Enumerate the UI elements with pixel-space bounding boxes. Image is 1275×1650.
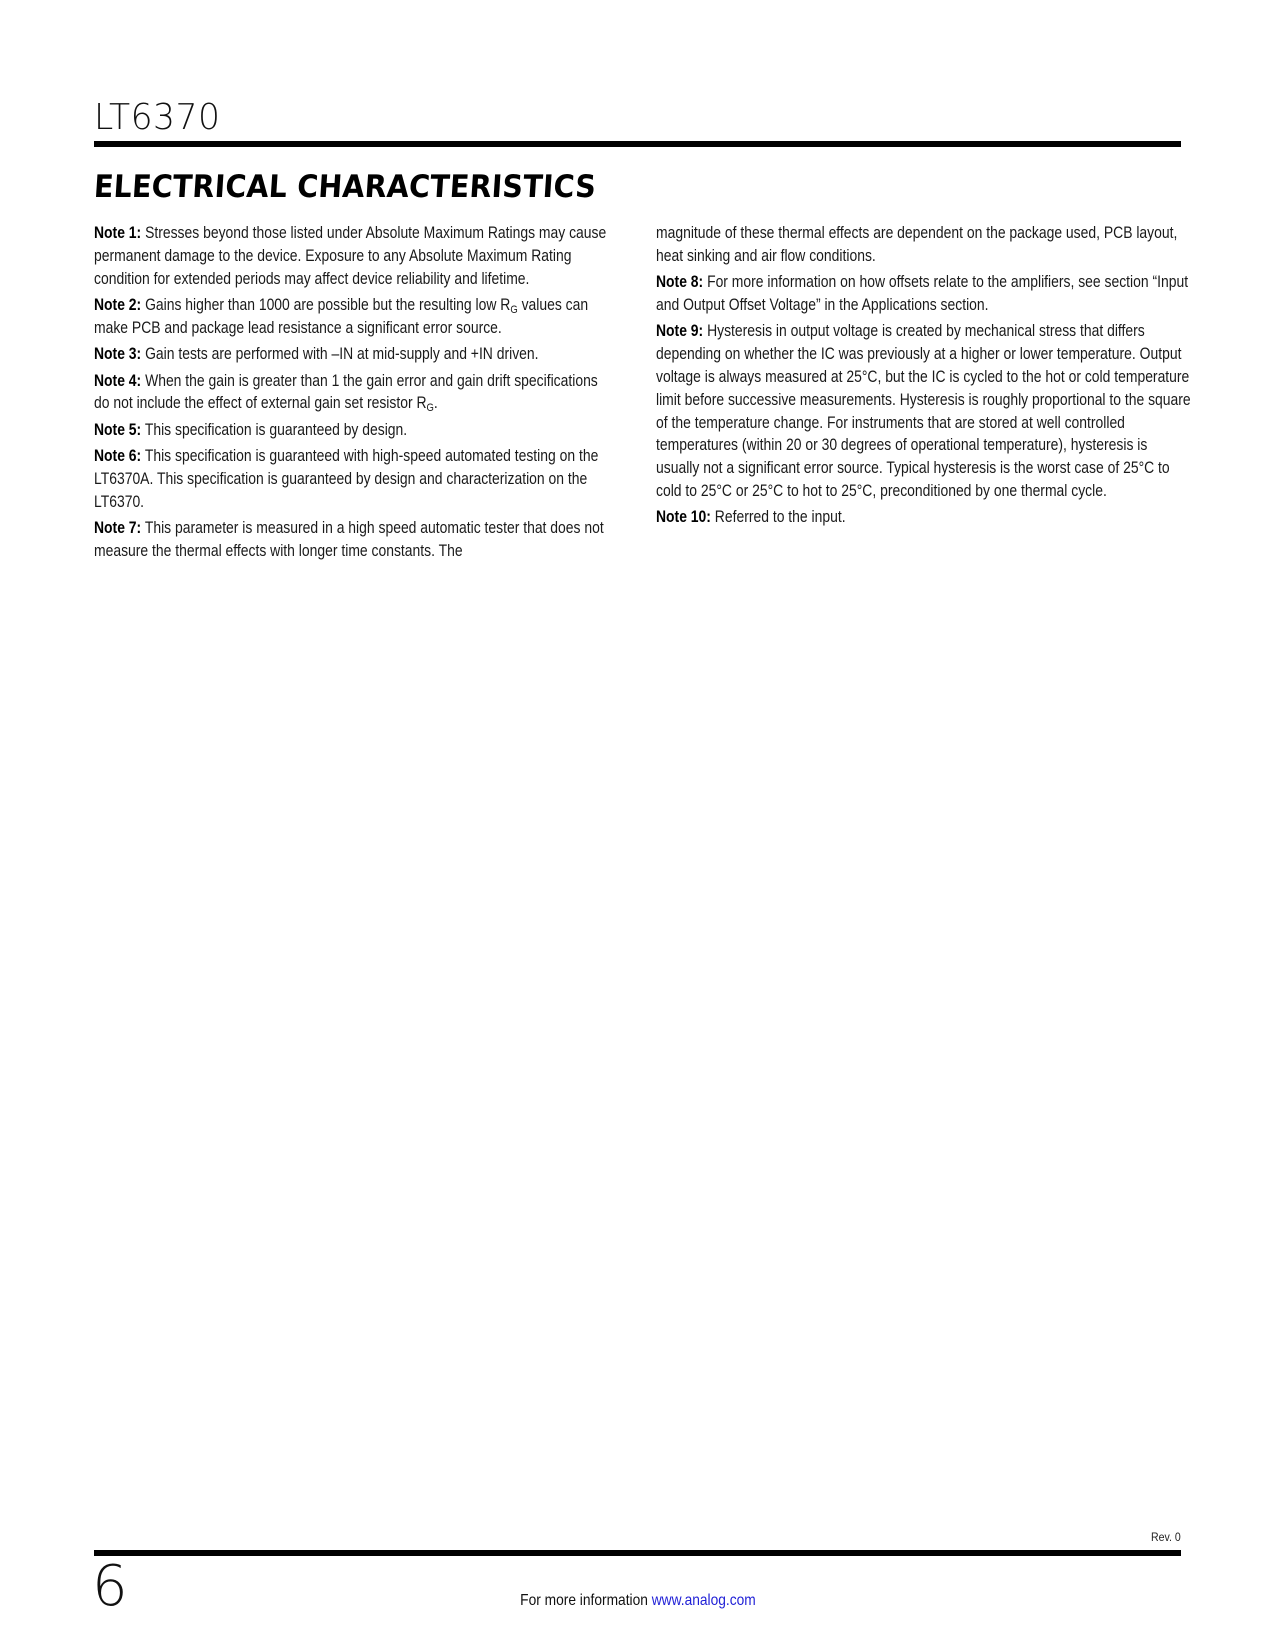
note-5: Note 5: This specification is guaranteed… bbox=[94, 419, 617, 442]
note-text: This specification is guaranteed with hi… bbox=[94, 447, 598, 511]
notes-column-left: Note 1: Stresses beyond those listed und… bbox=[94, 222, 609, 566]
note-7-continuation: magnitude of these thermal effects are d… bbox=[656, 222, 1194, 268]
note-text: Hysteresis in output voltage is created … bbox=[656, 322, 1191, 500]
note-label: Note 10: bbox=[656, 508, 711, 526]
note-text: This specification is guaranteed by desi… bbox=[145, 421, 407, 439]
revision-label: Rev. 0 bbox=[1151, 1530, 1181, 1544]
note-text: Gains higher than 1000 are possible but … bbox=[145, 296, 510, 314]
note-2: Note 2: Gains higher than 1000 are possi… bbox=[94, 294, 617, 340]
footer: For more information www.analog.com bbox=[0, 1592, 1275, 1610]
note-text: Referred to the input. bbox=[715, 508, 846, 526]
note-8: Note 8: For more information on how offs… bbox=[656, 271, 1194, 317]
note-10: Note 10: Referred to the input. bbox=[656, 506, 1194, 529]
note-7: Note 7: This parameter is measured in a … bbox=[94, 517, 617, 563]
note-label: Note 2: bbox=[94, 296, 141, 314]
note-label: Note 5: bbox=[94, 421, 141, 439]
note-text: Gain tests are performed with –IN at mid… bbox=[145, 345, 538, 363]
header-rule bbox=[94, 141, 1181, 147]
footer-inner: For more information www.analog.com bbox=[520, 1592, 756, 1610]
note-text: For more information on how offsets rela… bbox=[656, 273, 1188, 314]
note-label: Note 3: bbox=[94, 345, 141, 363]
footer-rule bbox=[94, 1550, 1181, 1556]
note-label: Note 7: bbox=[94, 519, 141, 537]
note-1: Note 1: Stresses beyond those listed und… bbox=[94, 222, 617, 290]
note-text: When the gain is greater than 1 the gain… bbox=[94, 372, 598, 413]
note-label: Note 6: bbox=[94, 447, 141, 465]
section-heading: ELECTRICAL CHARACTERISTICS bbox=[93, 168, 597, 206]
subscript: G bbox=[510, 304, 517, 316]
note-text: magnitude of these thermal effects are d… bbox=[656, 224, 1177, 265]
note-label: Note 4: bbox=[94, 372, 141, 390]
part-number-title: LT6370 bbox=[94, 96, 220, 140]
note-text: . bbox=[434, 394, 438, 412]
note-label: Note 9: bbox=[656, 322, 703, 340]
notes-column-right: magnitude of these thermal effects are d… bbox=[656, 222, 1186, 533]
note-3: Note 3: Gain tests are performed with –I… bbox=[94, 343, 617, 366]
footer-info-text: For more information bbox=[520, 1592, 652, 1609]
note-text: Stresses beyond those listed under Absol… bbox=[94, 224, 606, 288]
website-link[interactable]: www.analog.com bbox=[651, 1592, 755, 1609]
note-6: Note 6: This specification is guaranteed… bbox=[94, 445, 617, 513]
note-label: Note 1: bbox=[94, 224, 141, 242]
note-label: Note 8: bbox=[656, 273, 703, 291]
note-9: Note 9: Hysteresis in output voltage is … bbox=[656, 320, 1194, 502]
note-text: This parameter is measured in a high spe… bbox=[94, 519, 604, 560]
note-4: Note 4: When the gain is greater than 1 … bbox=[94, 370, 617, 416]
